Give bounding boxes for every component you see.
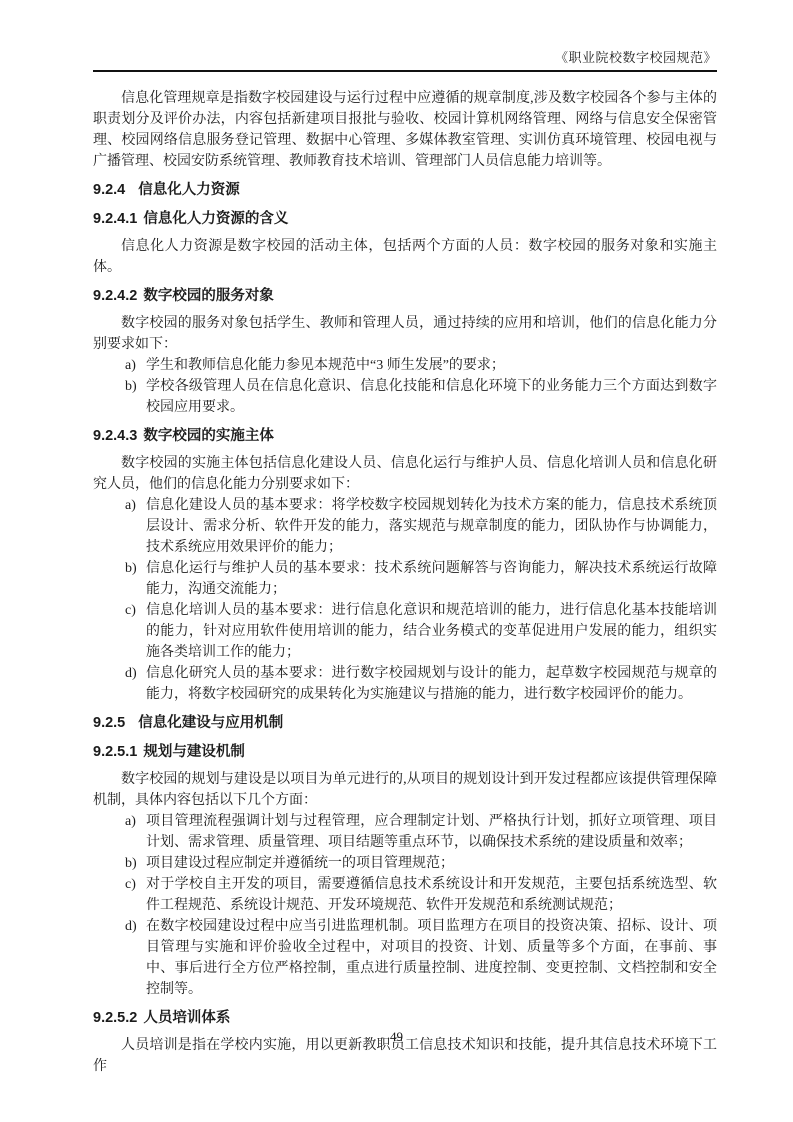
list-item-text: 信息化运行与维护人员的基本要求：技术系统问题解答与咨询能力，解决技术系统运行故障… [146,561,717,597]
heading-9-2-4-2: 9.2.4.2数字校园的服务对象 [93,286,717,307]
paragraph-9-2-4-3: 数字校园的实施主体包括信息化建设人员、信息化运行与维护人员、信息化培训人员和信息… [93,453,717,495]
list-9-2-4-3: a)信息化建设人员的基本要求：将学校数字校园规划转化为技术方案的能力，信息技术系… [93,495,717,705]
list-item: c)对于学校自主开发的项目，需要遵循信息技术系统设计和开发规范，主要包括系统选型… [93,874,717,916]
list-item-text: 信息化培训人员的基本要求：进行信息化意识和规范培训的能力，进行信息化基本技能培训… [146,603,717,660]
list-item-text: 学校各级管理人员在信息化意识、信息化技能和信息化环境下的业务能力三个方面达到数字… [146,379,717,415]
header-document-title: 《职业院校数字校园规范》 [93,50,717,66]
list-9-2-4-2: a)学生和教师信息化能力参见本规范中“3 师生发展”的要求； b)学校各级管理人… [93,355,717,418]
list-item-marker: b) [125,853,137,874]
heading-title: 信息化人力资源 [138,182,240,198]
heading-9-2-4-1: 9.2.4.1信息化人力资源的含义 [93,209,717,230]
heading-title: 数字校园的服务对象 [143,288,274,304]
page-footer: 49 [0,1029,793,1045]
list-item-marker: c) [125,600,136,621]
heading-number: 9.2.5 [93,715,125,731]
list-item: d)在数字校园建设过程中应当引进监理机制。项目监理方在项目的投资决策、招标、设计… [93,916,717,1000]
list-item-marker: b) [125,376,137,397]
heading-title: 人员培训体系 [143,1010,230,1026]
list-item-text: 学生和教师信息化能力参见本规范中“3 师生发展”的要求； [146,358,505,373]
document-body: 信息化管理规章是指数字校园建设与运行过程中应遵循的规章制度,涉及数字校园各个参与… [0,72,793,1077]
heading-title: 信息化建设与应用机制 [138,715,283,731]
page-header: 《职业院校数字校园规范》 [0,0,793,72]
list-item-marker: d) [125,663,137,684]
heading-number: 9.2.5.2 [93,1010,137,1026]
list-item: a)项目管理流程强调计划与过程管理，应合理制定计划、严格执行计划，抓好立项管理、… [93,811,717,853]
heading-number: 9.2.4.2 [93,288,137,304]
list-item-marker: a) [125,495,136,516]
list-item-text: 项目管理流程强调计划与过程管理，应合理制定计划、严格执行计划，抓好立项管理、项目… [146,814,717,850]
list-item-marker: a) [125,355,136,376]
heading-title: 规划与建设机制 [143,744,245,760]
heading-title: 数字校园的实施主体 [143,428,274,444]
list-item-text: 信息化研究人员的基本要求：进行数字校园规划与设计的能力，起草数字校园规范与规章的… [146,666,717,702]
list-item: a)学生和教师信息化能力参见本规范中“3 师生发展”的要求； [93,355,717,376]
heading-9-2-5: 9.2.5信息化建设与应用机制 [93,713,717,734]
list-item-marker: c) [125,874,136,895]
heading-number: 9.2.4.3 [93,428,137,444]
heading-number: 9.2.5.1 [93,744,137,760]
list-item-text: 项目建设过程应制定并遵循统一的项目管理规范； [146,856,454,871]
page-number: 49 [390,1029,403,1044]
heading-number: 9.2.4.1 [93,211,137,227]
list-item: b)学校各级管理人员在信息化意识、信息化技能和信息化环境下的业务能力三个方面达到… [93,376,717,418]
list-item: c)信息化培训人员的基本要求：进行信息化意识和规范培训的能力，进行信息化基本技能… [93,600,717,663]
heading-9-2-4-3: 9.2.4.3数字校园的实施主体 [93,426,717,447]
document-page: 《职业院校数字校园规范》 信息化管理规章是指数字校园建设与运行过程中应遵循的规章… [0,0,793,1122]
list-item-text: 对于学校自主开发的项目，需要遵循信息技术系统设计和开发规范，主要包括系统选型、软… [146,877,717,913]
paragraph-9-2-4-1: 信息化人力资源是数字校园的活动主体，包括两个方面的人员：数字校园的服务对象和实施… [93,236,717,278]
heading-9-2-4: 9.2.4信息化人力资源 [93,180,717,201]
heading-title: 信息化人力资源的含义 [143,211,288,227]
list-9-2-5-1: a)项目管理流程强调计划与过程管理，应合理制定计划、严格执行计划，抓好立项管理、… [93,811,717,1000]
heading-9-2-5-1: 9.2.5.1规划与建设机制 [93,742,717,763]
list-item-marker: a) [125,811,136,832]
list-item-marker: d) [125,916,137,937]
intro-paragraph: 信息化管理规章是指数字校园建设与运行过程中应遵循的规章制度,涉及数字校园各个参与… [93,88,717,172]
heading-9-2-5-2: 9.2.5.2人员培训体系 [93,1008,717,1029]
list-item: b)项目建设过程应制定并遵循统一的项目管理规范； [93,853,717,874]
list-item-text: 信息化建设人员的基本要求：将学校数字校园规划转化为技术方案的能力，信息技术系统顶… [146,498,717,555]
list-item-text: 在数字校园建设过程中应当引进监理机制。项目监理方在项目的投资决策、招标、设计、项… [146,919,717,997]
paragraph-9-2-5-1: 数字校园的规划与建设是以项目为单元进行的,从项目的规划设计到开发过程都应该提供管… [93,769,717,811]
paragraph-9-2-4-2: 数字校园的服务对象包括学生、教师和管理人员，通过持续的应用和培训，他们的信息化能… [93,313,717,355]
list-item-marker: b) [125,558,137,579]
list-item: b)信息化运行与维护人员的基本要求：技术系统问题解答与咨询能力，解决技术系统运行… [93,558,717,600]
heading-number: 9.2.4 [93,182,125,198]
list-item: a)信息化建设人员的基本要求：将学校数字校园规划转化为技术方案的能力，信息技术系… [93,495,717,558]
list-item: d)信息化研究人员的基本要求：进行数字校园规划与设计的能力，起草数字校园规范与规… [93,663,717,705]
